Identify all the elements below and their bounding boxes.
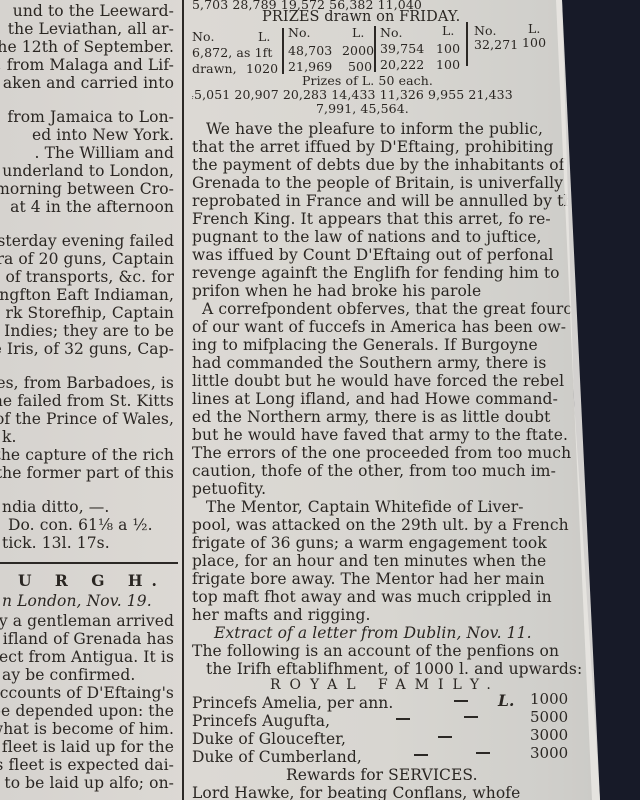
text-line: lines at Long ifland, and had Howe comma…	[192, 390, 558, 408]
text-line: ed into New York.	[32, 126, 174, 144]
text-line: of our want of fuccefs in America has be…	[192, 318, 566, 336]
table-header-no: No.	[288, 24, 311, 42]
text-line: . The William and	[35, 144, 174, 162]
text-line: Indies; they are to be	[4, 322, 174, 340]
text-line: underland to London,	[2, 162, 174, 180]
table-rule	[282, 28, 284, 74]
text-line: e Iris, of 32 guns, Cap-	[0, 340, 174, 358]
text-line: reprobated in France and will be annulle…	[192, 192, 582, 210]
text-line: tick. 13l. 17s.	[2, 534, 110, 552]
pension-amount: 3000	[530, 744, 568, 762]
text-line: little doubt but he would have forced th…	[192, 372, 564, 390]
text-line: und to the Leeward-	[13, 2, 174, 20]
leader-dash	[438, 736, 452, 738]
text-line: caution, thofe of the other, from too mu…	[192, 462, 556, 480]
text-line: esterday evening failed	[0, 232, 174, 250]
leader-dash	[464, 716, 478, 718]
table-cell: 1020	[246, 60, 278, 78]
text-line: he 12th of September.	[0, 38, 174, 56]
text-line: The following is an account of the penfi…	[192, 642, 559, 660]
text-line: aken and carried into	[3, 74, 174, 92]
text-line: the payment of debts due by the inhabita…	[192, 156, 565, 174]
text-line: frigate of 36 guns; a warm engagement to…	[192, 534, 547, 552]
text-line: ay be confirmed.	[2, 666, 135, 684]
text-line: Lord Hawke, for beating Conflans, whofe	[192, 784, 520, 800]
text-line: A correfpondent obferves, that the great…	[202, 300, 581, 318]
dateline: n London, Nov. 19.	[2, 592, 152, 610]
text-line: petuofity.	[192, 480, 266, 498]
text-line: prifon when he had broke his parole	[192, 282, 481, 300]
text-line: Kingfton Eaft Indiaman,	[0, 286, 174, 304]
text-line: the ifland of Grenada has	[0, 630, 174, 648]
text-line: morning between Cro-	[0, 180, 174, 198]
text-line: Grenada to the people of Britain, is uni…	[192, 174, 563, 192]
text-line: on fleet is laid up for the	[0, 738, 174, 756]
text-line: rdra of 20 guns, Captain	[0, 250, 174, 268]
currency-label: L.	[498, 692, 515, 710]
pension-amount: 5000	[530, 708, 568, 726]
text-line: the capture of the rich	[0, 446, 174, 464]
text-line: but he would have faved that army to the…	[192, 426, 568, 444]
text-line: to be laid up alfo; on-	[4, 774, 174, 792]
section-heading: U R G H.	[18, 572, 166, 590]
text-line: , from Malaga and Lif-	[0, 56, 174, 74]
table-rule	[374, 26, 376, 72]
left-column: und to the Leeward- the Leviathan, all a…	[0, 0, 180, 800]
text-line: k.	[2, 428, 17, 446]
text-line: her mafts and rigging.	[192, 606, 371, 624]
newspaper-photo: und to the Leeward- the Leviathan, all a…	[0, 0, 640, 800]
pension-name: Princefs Augufta,	[192, 712, 330, 730]
text-line: The errors of the one proceeded from too…	[192, 444, 571, 462]
royal-family-heading: ROYAL FAMILY.	[270, 676, 500, 694]
text-line: ing to mifplacing the Generals. If Burgo…	[192, 336, 538, 354]
text-line: the Leviathan, all ar-	[8, 20, 174, 38]
table-rule	[466, 22, 468, 66]
text-line: from Jamaica to Lon-	[7, 108, 174, 126]
text-line: of transports, &c. for	[5, 268, 174, 286]
text-line: fhe failed from St. Kitts	[0, 392, 174, 410]
rewards-heading: Rewards for SERVICES.	[286, 766, 478, 784]
text-line: The Mentor, Captain Whitefide of Liver-	[206, 498, 524, 516]
text-line: ndia ditto, —.	[2, 498, 109, 516]
text-line: had commanded the Southern army, there i…	[192, 354, 546, 372]
leader-dash	[396, 718, 410, 720]
text-line: be depended upon: the	[0, 702, 174, 720]
table-cell: drawn,	[192, 60, 237, 78]
table-cell: 100	[522, 34, 546, 52]
section-divider	[0, 562, 178, 564]
text-line: ect from Antigua. It is	[0, 648, 174, 666]
text-line: that the arret iffued by D'Eftaing, proh…	[192, 138, 554, 156]
text-line: ves, from Barbadoes, is	[0, 374, 174, 392]
text-line: pugnant to the law of nations and to juf…	[192, 228, 542, 246]
text-line: top maft fhot away and was much crippled…	[192, 588, 552, 606]
text-line: of the Prince of Wales,	[0, 410, 174, 428]
text-line: by a gentleman arrived	[0, 612, 174, 630]
text-line: the former part of this	[0, 464, 174, 482]
text-line: was iffued by Count D'Eftaing out of per…	[192, 246, 553, 264]
text-line: r accounts of D'Eftaing's	[0, 684, 174, 702]
pension-name: Duke of Cumberland,	[192, 748, 362, 766]
pension-name: Princefs Amelia, per ann.	[192, 694, 393, 712]
text-line: revenge againft the Englifh for fending …	[192, 264, 560, 282]
pension-name: Duke of Gloucefter,	[192, 730, 346, 748]
pension-amount: 1000	[530, 690, 568, 708]
text-line: We have the pleafure to inform the publi…	[206, 120, 543, 138]
table-cell: 32,271	[474, 36, 518, 54]
prizes-fifty-numbers: 7,991, 45,564.	[316, 100, 409, 118]
table-header-l: L.	[442, 22, 454, 40]
extract-heading: Extract of a letter from Dublin, Nov. 11…	[214, 624, 532, 642]
text-line: place, for an hour and ten minutes when …	[192, 552, 546, 570]
text-line: Do. con. 61⅛ a ½.	[8, 516, 153, 534]
newspaper-page: und to the Leeward- the Leviathan, all a…	[0, 0, 640, 800]
leader-dash	[476, 752, 490, 754]
table-cell: 100	[436, 56, 460, 74]
right-column: 5,703 28,789 19,572 56,382 11,040 PRIZES…	[192, 0, 582, 800]
text-line: what is become of him.	[0, 720, 174, 738]
text-line: ed the Northern army, there is as little…	[192, 408, 551, 426]
table-header-l: L.	[352, 24, 364, 42]
text-line: pool, was attacked on the 29th ult. by a…	[192, 516, 569, 534]
leader-dash	[454, 700, 468, 702]
text-line: dy's fleet is expected dai-	[0, 756, 174, 774]
leader-dash	[414, 754, 428, 756]
text-line: rk Storefhip, Captain	[6, 304, 174, 322]
column-rule	[182, 0, 184, 800]
text-line: frigate bore away. The Mentor had her ma…	[192, 570, 545, 588]
pension-amount: 3000	[530, 726, 568, 744]
text-line: French King. It appears that this arret,…	[192, 210, 551, 228]
text-line: at 4 in the afternoon	[10, 198, 174, 216]
